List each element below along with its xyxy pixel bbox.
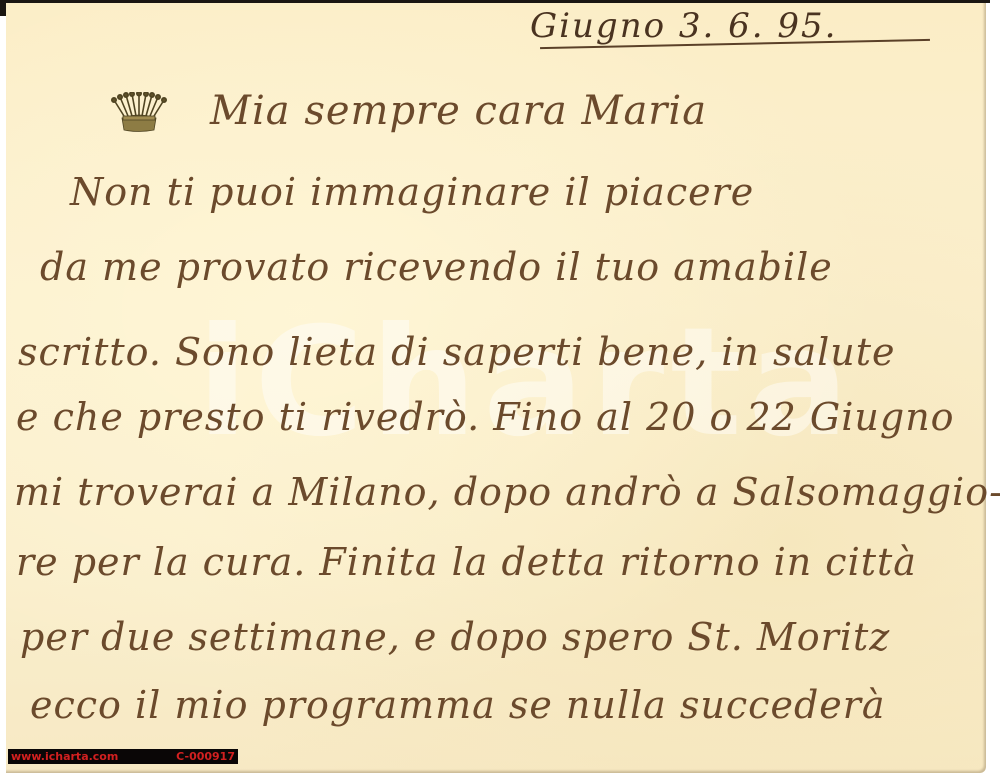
- stamp-code: C-000917: [176, 750, 235, 763]
- body-line: da me provato ricevendo il tuo amabile: [40, 245, 833, 289]
- body-line: scritto. Sono lieta di saperti bene, in …: [18, 330, 896, 374]
- body-line: ecco il mio programma se nulla succederà: [30, 683, 886, 727]
- watermark: iCharta: [186, 303, 866, 463]
- body-line: re per la cura. Finita la detta ritorno …: [16, 540, 917, 584]
- body-line: e che presto ti rivedrò. Fino al 20 o 22…: [16, 395, 955, 439]
- crown-icon: [108, 92, 170, 132]
- scan-canvas: iCharta Giugno 3. 6. 95. Mia sempre cara…: [0, 0, 1000, 777]
- body-line: per due settimane, e dopo spero St. Mori…: [20, 615, 890, 659]
- stamp-website: www.icharta.com: [11, 750, 118, 763]
- body-line: mi troverai a Milano, dopo andrò a Salso…: [14, 470, 1000, 514]
- body-line: Non ti puoi immaginare il piacere: [70, 170, 754, 214]
- salutation: Mia sempre cara Maria: [210, 88, 707, 134]
- letter-date: Giugno 3. 6. 95.: [530, 6, 930, 56]
- catalog-stamp: www.icharta.com C-000917: [8, 749, 238, 764]
